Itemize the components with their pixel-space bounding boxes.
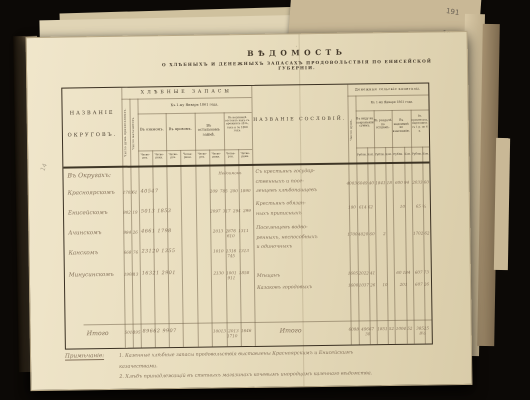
band-grain-stores: ХЛѢБНЫЕ ЗАПАСЫ <box>121 89 251 96</box>
arrears-value: 201 <box>394 282 413 287</box>
arrears-values: 1010 1316 1313 745 <box>210 248 253 259</box>
page-subtitle: О ХЛѢБНЫХЪ И ДЕНЕЖНЫХЪ ЗАПАСАХЪ ПРОДОВОЛ… <box>147 58 447 72</box>
subcolumn-chetveriki: Четве- рики. <box>152 153 166 159</box>
footnote-item-1: 1. Казенные хлѣбные запасы продовольстві… <box>119 346 465 373</box>
kept-sums-value: 2022 41 <box>358 270 376 275</box>
stores-total: 195 <box>133 330 141 335</box>
column-header-spring-grain: Въ яровомъ. <box>166 127 195 132</box>
interest-value: 65 ¼ <box>412 203 430 208</box>
column-header-loaned-out: Въ раздачѣ по ссудамъ. <box>374 119 392 130</box>
document-page: 14 . ВѢДОМОСТЬ О ХЛѢБНЫХЪ И ДЕНЕЖНЫХЪ ЗА… <box>26 31 473 391</box>
band-grain-date: Къ 1-му Января 1861 года. <box>137 102 251 108</box>
souls-total: 5016 <box>125 330 133 335</box>
table-gridline <box>137 99 141 348</box>
districts-total-label: Итого <box>87 330 109 337</box>
stores-value: 76 <box>132 250 140 255</box>
subcolumn-chetverti: Четве- рти. <box>195 153 209 159</box>
band-money-date: Къ 1-му Января 1861 года. <box>355 99 428 104</box>
loaned-value: 10 <box>376 282 394 287</box>
footnote-label: Примѣчаніе: <box>65 353 104 361</box>
loaned-total: 1851 52 <box>377 326 395 331</box>
subcolumn-chetveriki: Четве- рики. <box>180 153 195 159</box>
district-name: Канскомъ <box>69 250 123 257</box>
column-header-arrears-collection: Въ недоимкѣ ко взысканію. <box>392 119 411 134</box>
arrears-value: 10 <box>393 204 412 209</box>
column-header-interest-accrued: Въ процентахъ, наросшихъ съ 1 р. по 6 к. <box>411 114 429 133</box>
table-gridline <box>347 94 428 96</box>
column-header-districts-line1: НАЗВАНІЕ <box>63 110 122 117</box>
intro-note: Недоимокъ <box>208 170 251 176</box>
title-block: . ВѢДОМОСТЬ О ХЛѢБНЫХЪ И ДЕНЕЖНЫХЪ ЗАПАС… <box>147 40 447 72</box>
kept-sums-value: 6049 40 <box>357 180 375 185</box>
loaned-value: 1841 18 <box>375 180 393 185</box>
band-money-capitals: Денежные сельскіе капиталы. <box>347 86 428 91</box>
subcolumn-rubles: Рубли. <box>356 152 367 156</box>
kept-sums-value: 614 62 <box>357 204 375 209</box>
interest-value: 607 73 <box>413 269 431 274</box>
interest-value: 1702 62 <box>412 230 430 235</box>
subcolumn-chetveriki: Четве- рики. <box>209 152 223 158</box>
photo-background: 191 190 14 . ВѢДОМОСТЬ О ХЛѢБНЫХЪ И ДЕНЕ… <box>0 0 530 400</box>
statement-table: НАЗВАНІЕ ОКРУГОВЪ. ХЛѢБНЫЕ ЗАПАСЫ Къ 1-м… <box>61 82 433 349</box>
subcolumn-chetveriki: Четве- рики. <box>238 152 252 158</box>
subcolumn-rubles: Рубли. <box>392 152 404 156</box>
table-gridline <box>355 95 359 344</box>
arrears-money-total: 1004 52 <box>395 326 414 331</box>
subcolumn-rubles: Рубли. <box>411 152 422 156</box>
arrears-value: 600 94 <box>393 180 412 185</box>
column-header-estates: НАЗВАНІЕ СОСЛОВІЙ. <box>252 117 348 123</box>
kept-sums-total: 49667 30 <box>359 326 377 336</box>
page-stack-edge <box>494 138 510 270</box>
interest-value: 607 26 <box>413 281 431 286</box>
estates-total-label: Итого <box>280 327 302 334</box>
column-header-remaining-loan: Въ остальномъ займѣ. <box>195 123 223 137</box>
subcolumn-chetverti: Четве- рти. <box>224 152 238 158</box>
pencil-margin-mark: 14 <box>39 162 49 172</box>
subcolumn-chetverti: Четве- рти. <box>166 153 180 159</box>
interest-value: 2033 60 <box>412 179 430 184</box>
kept-sums-value: 1037 26 <box>358 282 376 287</box>
table-gridline <box>84 319 432 325</box>
column-header-winter-grain: Въ озимомъ. <box>138 127 166 132</box>
column-header-arrears: Въ недоимкѣ состоитъ какъ съ прежнихъ лѣ… <box>223 116 251 132</box>
loaned-value: 2 <box>375 231 393 236</box>
souls-value: 668 <box>124 250 132 255</box>
column-header-kept-sums: Въ виду на сохраненіи суммъ. <box>356 117 374 128</box>
column-header-districts-line2: ОКРУГОВЪ. <box>63 132 122 139</box>
subcolumn-rubles: Рубли. <box>374 152 385 156</box>
kept-sums-value: 4020 60 <box>357 231 375 236</box>
arrears-total: 10013 2013 1646 1710 <box>211 328 254 339</box>
interest-total: 38525 8½ <box>414 325 432 335</box>
districts-intro: Въ Округахъ: <box>67 171 147 179</box>
arrears-value: 60 184 <box>394 270 413 275</box>
subcolumn-chetverti: Четве- рти. <box>138 153 152 159</box>
table-gridline <box>121 97 251 100</box>
